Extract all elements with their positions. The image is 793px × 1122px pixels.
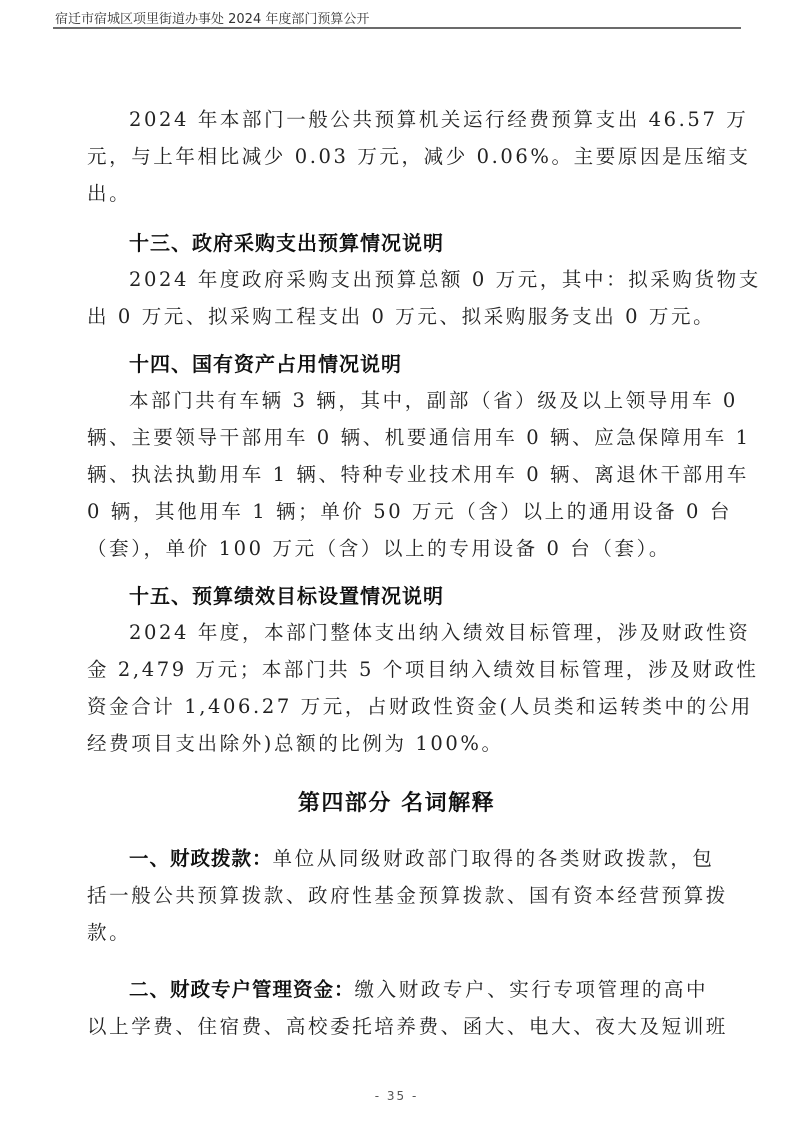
- paragraph-line: 括一般公共预算拨款、政府性基金预算拨款、国有资本经营预算拨: [87, 884, 712, 908]
- glossary-term: 一、财政拨款：: [129, 847, 273, 870]
- section-heading-procurement: 十三、政府采购支出预算情况说明: [129, 231, 444, 255]
- section-heading-state-assets: 十四、国有资产占用情况说明: [129, 352, 402, 376]
- paragraph-line: 辆、执法执勤用车 1 辆、特种专业技术用车 0 辆、离退休干部用车: [87, 463, 712, 487]
- paragraph-line: 元，与上年相比减少 0.03 万元，减少 0.06%。主要原因是压缩支: [87, 145, 712, 169]
- glossary-definition: 单位从同级财政部门取得的各类财政拨款，包: [273, 847, 715, 870]
- glossary-entry-fiscal-appropriation: 一、财政拨款：单位从同级财政部门取得的各类财政拨款，包: [129, 847, 712, 871]
- paragraph-line: 资金合计 1,406.27 万元，占财政性资金(人员类和运转类中的公用: [87, 695, 712, 719]
- header-divider: [53, 27, 741, 29]
- paragraph-line: 出。: [87, 182, 712, 206]
- part-title-glossary: 第四部分 名词解释: [0, 786, 793, 817]
- paragraph-line: 本部门共有车辆 3 辆，其中，副部（省）级及以上领导用车 0: [129, 389, 712, 413]
- glossary-definition: 缴入财政专户、实行专项管理的高中: [355, 978, 709, 1001]
- paragraph-line: （套），单价 100 万元（含）以上的专用设备 0 台（套）。: [87, 537, 712, 561]
- paragraph-line: 经费项目支出除外)总额的比例为 100%。: [87, 732, 712, 756]
- glossary-entry-special-account-funds: 二、财政专户管理资金：缴入财政专户、实行专项管理的高中: [129, 978, 712, 1002]
- paragraph-line: 以上学费、住宿费、高校委托培养费、函大、电大、夜大及短训班: [87, 1015, 712, 1039]
- page-number: - 35 -: [0, 1089, 793, 1103]
- glossary-term: 二、财政专户管理资金：: [129, 978, 355, 1001]
- paragraph-line: 金 2,479 万元；本部门共 5 个项目纳入绩效目标管理，涉及财政性: [87, 658, 712, 682]
- running-header: 宿迁市宿城区项里街道办事处 2024 年度部门预算公开: [55, 8, 369, 27]
- paragraph-line: 出 0 万元、拟采购工程支出 0 万元、拟采购服务支出 0 万元。: [87, 305, 712, 329]
- paragraph-line: 款。: [87, 921, 712, 945]
- section-heading-performance-goals: 十五、预算绩效目标设置情况说明: [129, 584, 444, 608]
- paragraph-line: 2024 年本部门一般公共预算机关运行经费预算支出 46.57 万: [129, 108, 712, 132]
- paragraph-line: 2024 年度政府采购支出预算总额 0 万元，其中：拟采购货物支: [129, 268, 712, 292]
- paragraph-line: 0 辆，其他用车 1 辆；单价 50 万元（含）以上的通用设备 0 台: [87, 500, 712, 524]
- paragraph-line: 2024 年度，本部门整体支出纳入绩效目标管理，涉及财政性资: [129, 621, 712, 645]
- paragraph-line: 辆、主要领导干部用车 0 辆、机要通信用车 0 辆、应急保障用车 1: [87, 426, 712, 450]
